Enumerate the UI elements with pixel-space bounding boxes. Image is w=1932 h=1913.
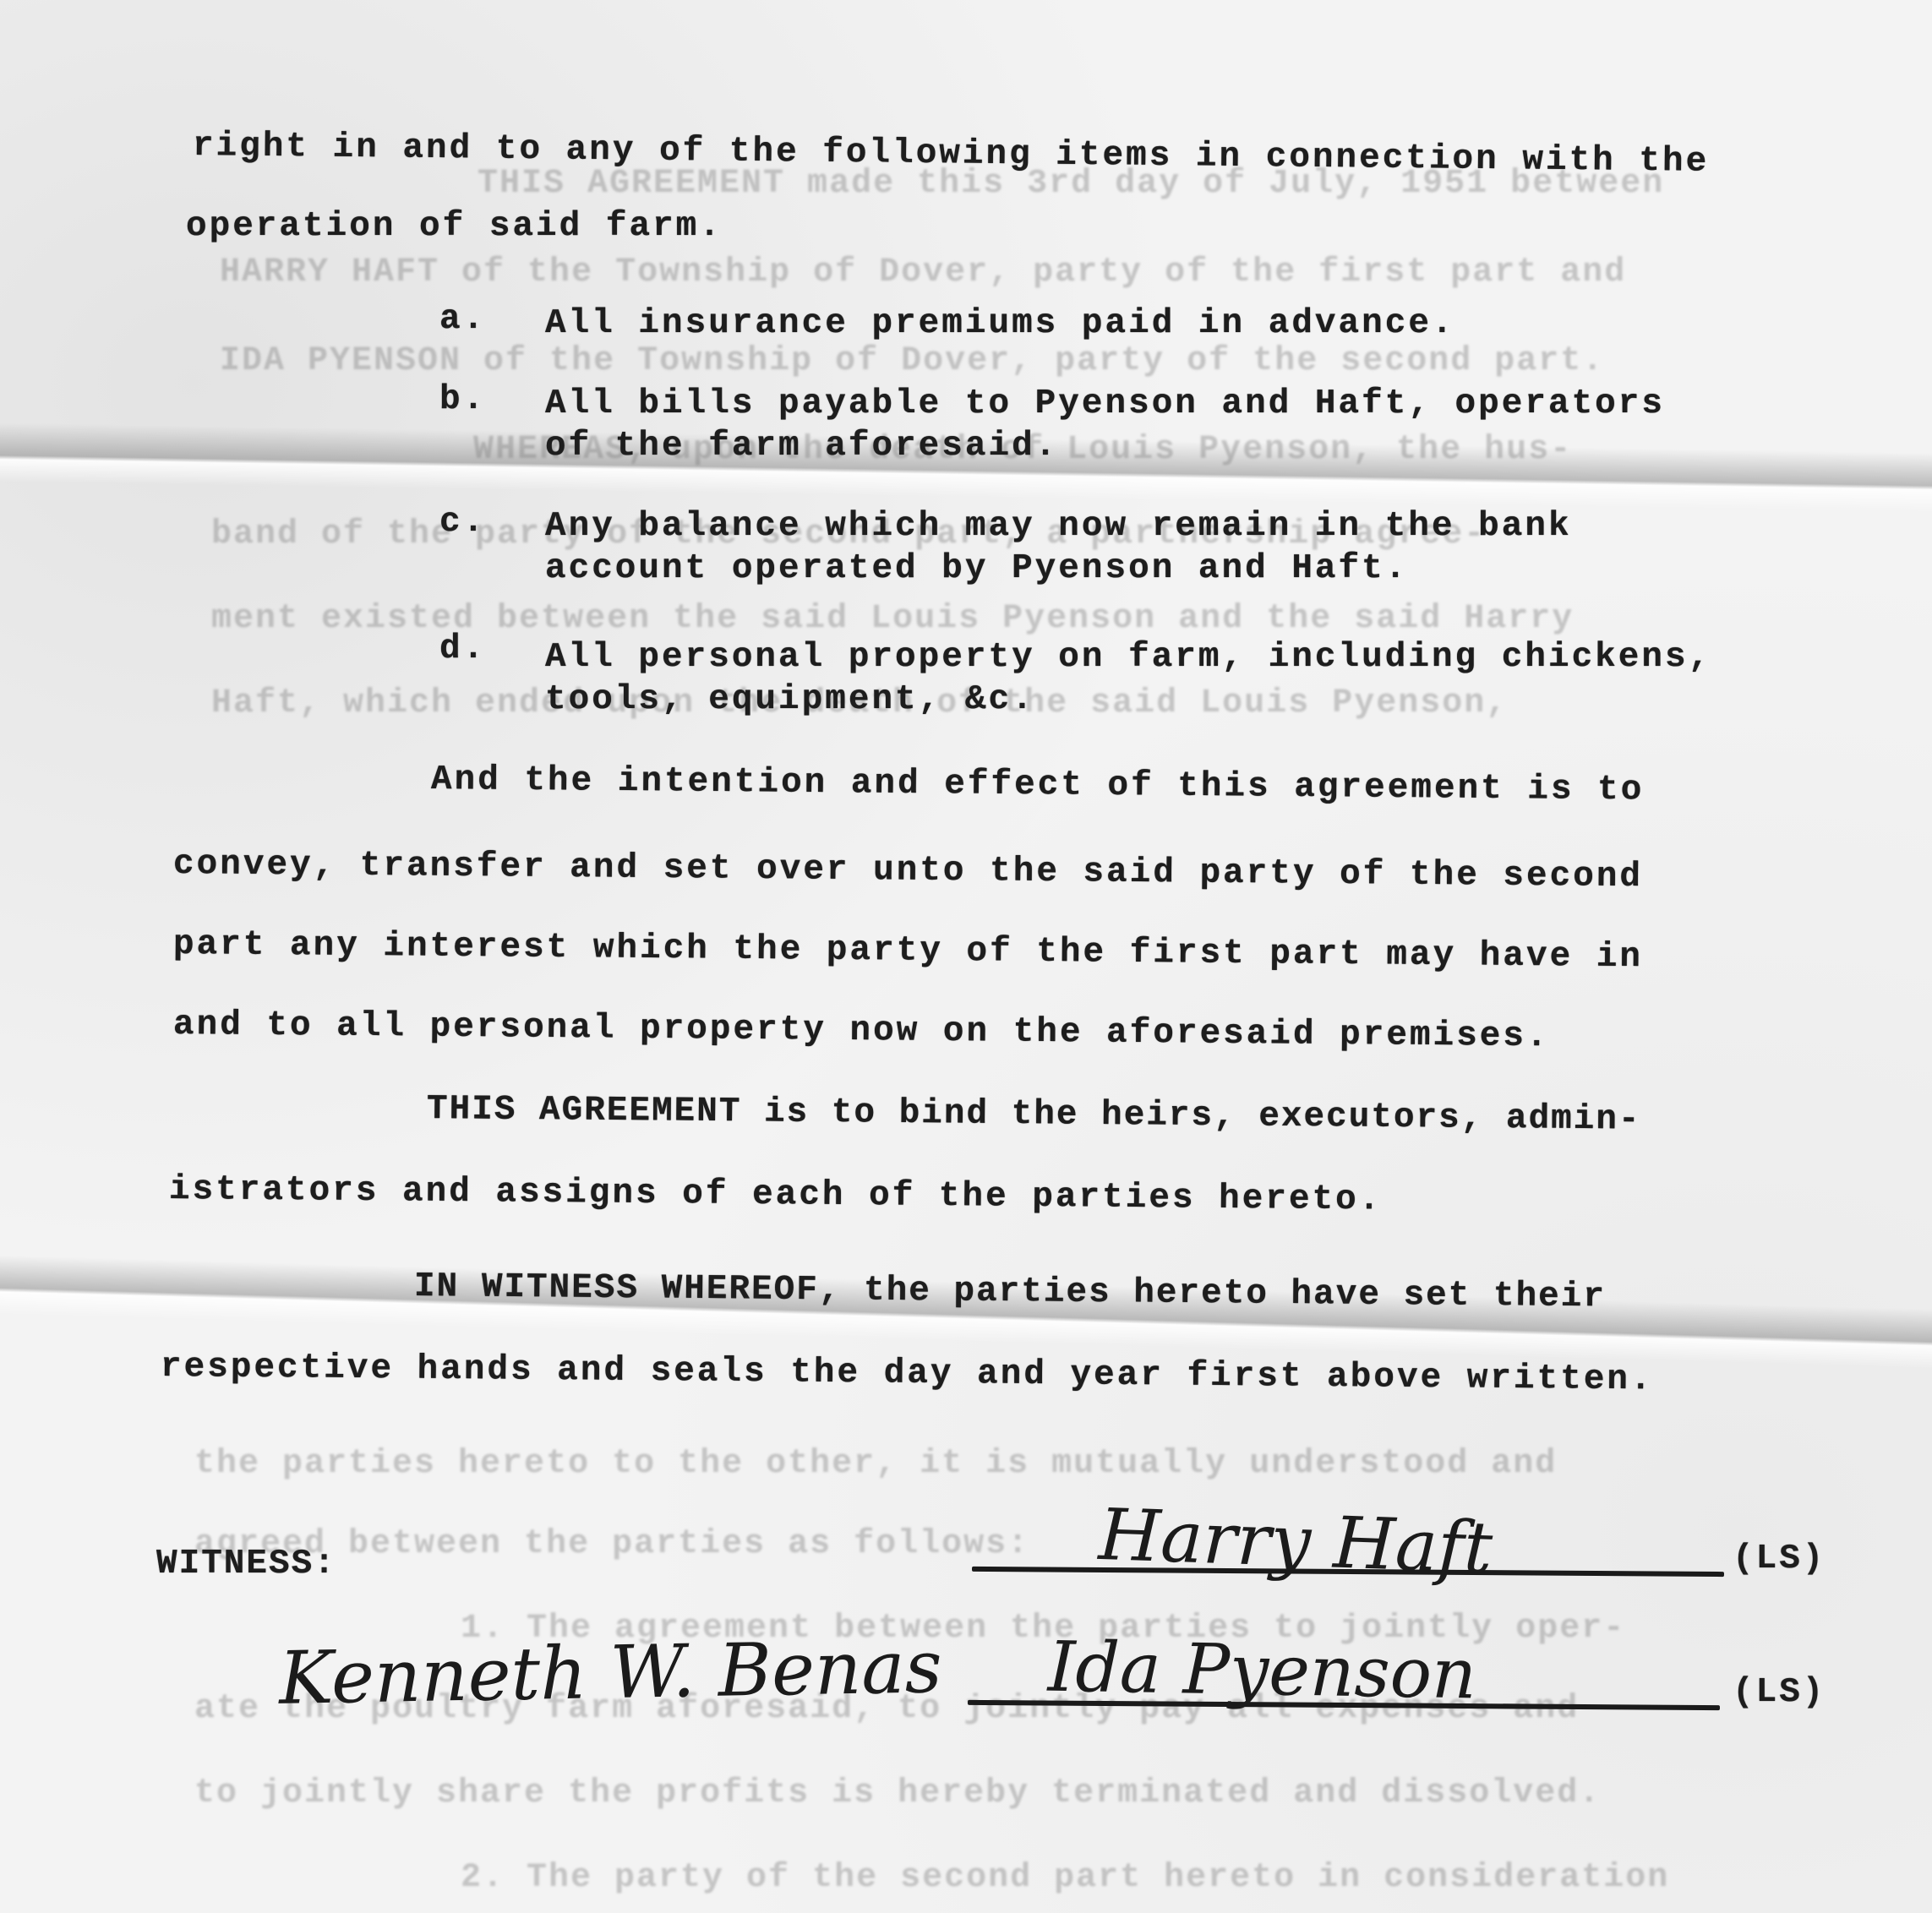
seal-label: (LS) [1733,1540,1826,1578]
scanned-document-page: THIS AGREEMENT made this 3rd day of July… [0,0,1932,1913]
intention-paragraph-line: and to all personal property now on the … [173,1006,1550,1056]
item-marker-b: b. [439,380,486,419]
witness-label: WITNESS: [156,1545,336,1583]
intro-line: right in and to any of the following ite… [193,127,1710,182]
item-marker-c: c. [439,503,486,542]
seal-label: (LS) [1733,1673,1826,1712]
item-d-text: tools, equipment, &c. [545,680,1035,719]
signature-witness: Kenneth W. Benas [278,1625,942,1721]
item-marker-a: a. [439,300,486,339]
item-b-text: All bills payable to Pyenson and Haft, o… [545,384,1665,423]
bleed-through-line: 2. The party of the second part hereto i… [461,1859,1669,1897]
binding-paragraph-line: THIS AGREEMENT is to bind the heirs, exe… [427,1090,1641,1140]
item-d-text: All personal property on farm, including… [545,638,1711,677]
binding-paragraph-line: istrators and assigns of each of the par… [169,1170,1383,1220]
intention-paragraph-line: part any interest which the party of the… [173,925,1643,977]
signature-ida-pyenson: Ida Pyenson [1047,1627,1477,1715]
signature-harry-haft: Harry Haft [1097,1493,1493,1589]
bleed-through-line: to jointly share the profits is hereby t… [194,1774,1601,1812]
item-c-text: Any balance which may now remain in the … [545,507,1572,546]
bleed-through-line: HARRY HAFT of the Township of Dover, par… [220,253,1626,292]
item-a-text: All insurance premiums paid in advance. [545,304,1455,343]
bleed-through-line: the parties hereto to the other, it is m… [194,1445,1557,1483]
bleed-through-line: ment existed between the said Louis Pyen… [211,600,1574,638]
item-c-text: account operated by Pyenson and Haft. [545,549,1408,588]
item-b-text: of the farm aforesaid. [545,427,1058,466]
witness-paragraph-line: respective hands and seals the day and y… [161,1348,1654,1399]
intention-paragraph-line: And the intention and effect of this agr… [431,760,1645,810]
bleed-through-line: IDA PYENSON of the Township of Dover, pa… [220,342,1604,380]
item-marker-d: d. [439,629,486,668]
intro-line: operation of said farm. [186,207,723,246]
intention-paragraph-line: convey, transfer and set over unto the s… [173,845,1643,897]
